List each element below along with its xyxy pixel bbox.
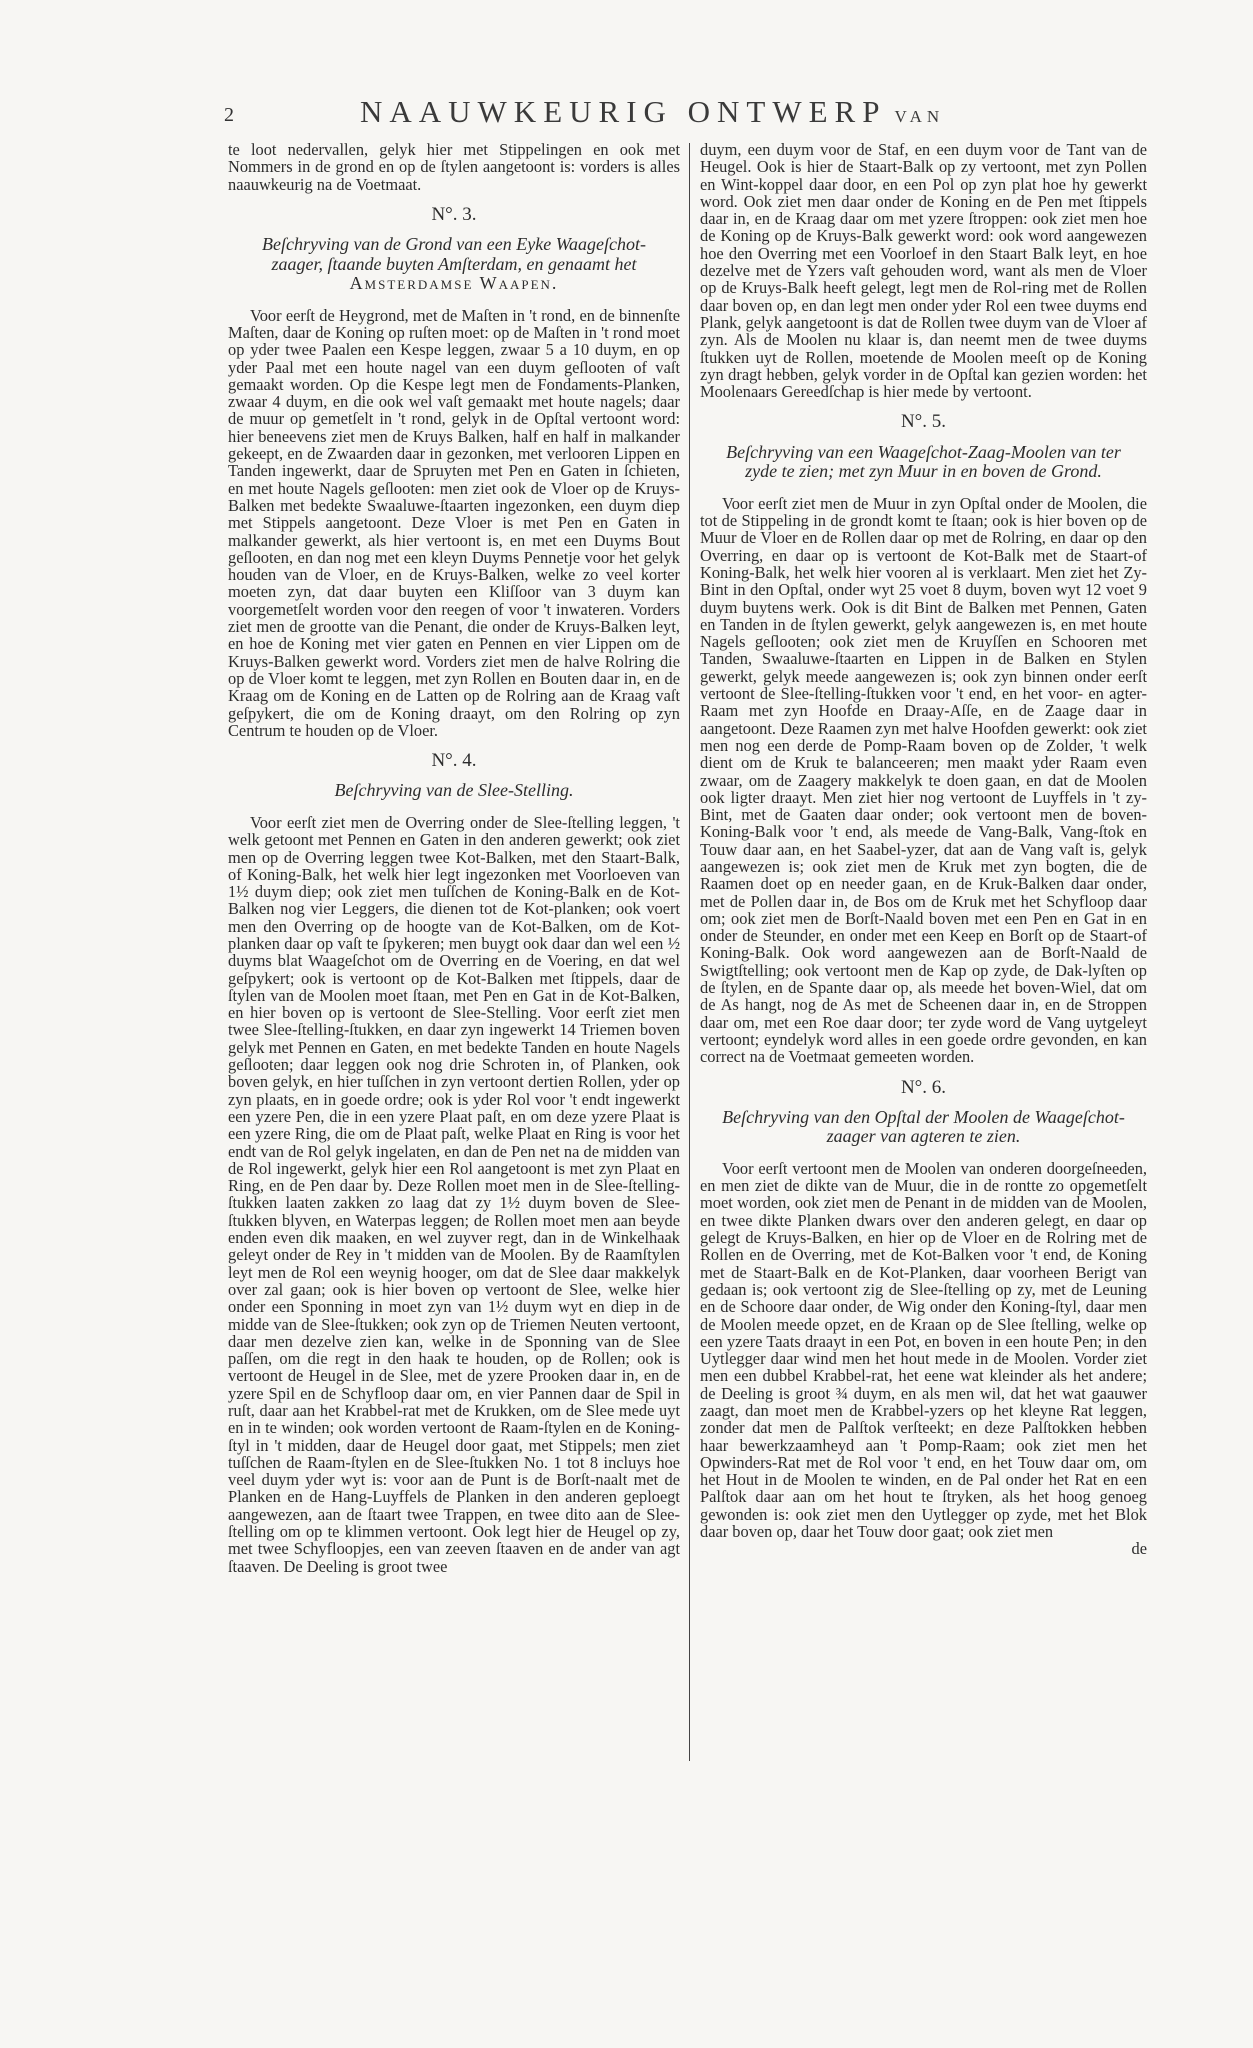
page-number: 2 — [224, 104, 234, 127]
section-3-title: Beſchryving van de Grond van een Eyke Wa… — [238, 235, 670, 294]
right-column: duym, een duym voor de Staf, en een duym… — [700, 141, 1147, 1558]
section-5-body: Voor eerſt ziet men de Muur in zyn Opſta… — [700, 495, 1147, 1066]
section-3-body: Voor eerſt de Heygrond, met de Maſten in… — [228, 307, 680, 739]
section-6-title: Beſchryving van den Opſtal der Moolen de… — [710, 1108, 1137, 1147]
left-column: te loot nedervallen, gelyk hier met Stip… — [228, 141, 680, 1575]
running-head-title: NAAUWKEURIG ONTWERP — [360, 94, 886, 129]
continuation-paragraph: duym, een duym voor de Staf, en een duym… — [700, 141, 1147, 400]
section-6-body: Voor eerſt vertoont men de Moolen van on… — [700, 1160, 1147, 1541]
section-4-title: Beſchryving van de Slee-Stelling. — [238, 781, 670, 801]
section-4-body: Voor eerſt ziet men de Overring onder de… — [228, 814, 680, 1575]
section-3-title-caps: Amsterdamse Waapen. — [350, 273, 559, 293]
running-head-small: VAN — [894, 107, 944, 126]
column-divider — [689, 143, 690, 1761]
section-5-number: N°. 5. — [700, 413, 1147, 430]
section-5-title: Beſchryving van een Waageſchot-Zaag-Mool… — [710, 443, 1137, 482]
section-4-number: N°. 4. — [228, 752, 680, 769]
running-head: NAAUWKEURIG ONTWERPVAN — [360, 94, 944, 130]
section-6-number: N°. 6. — [700, 1079, 1147, 1096]
section-3-number: N°. 3. — [228, 206, 680, 223]
catchword: de — [700, 1540, 1147, 1557]
section-3-title-text: Beſchryving van de Grond van een Eyke Wa… — [262, 234, 646, 274]
intro-paragraph: te loot nedervallen, gelyk hier met Stip… — [228, 141, 680, 193]
